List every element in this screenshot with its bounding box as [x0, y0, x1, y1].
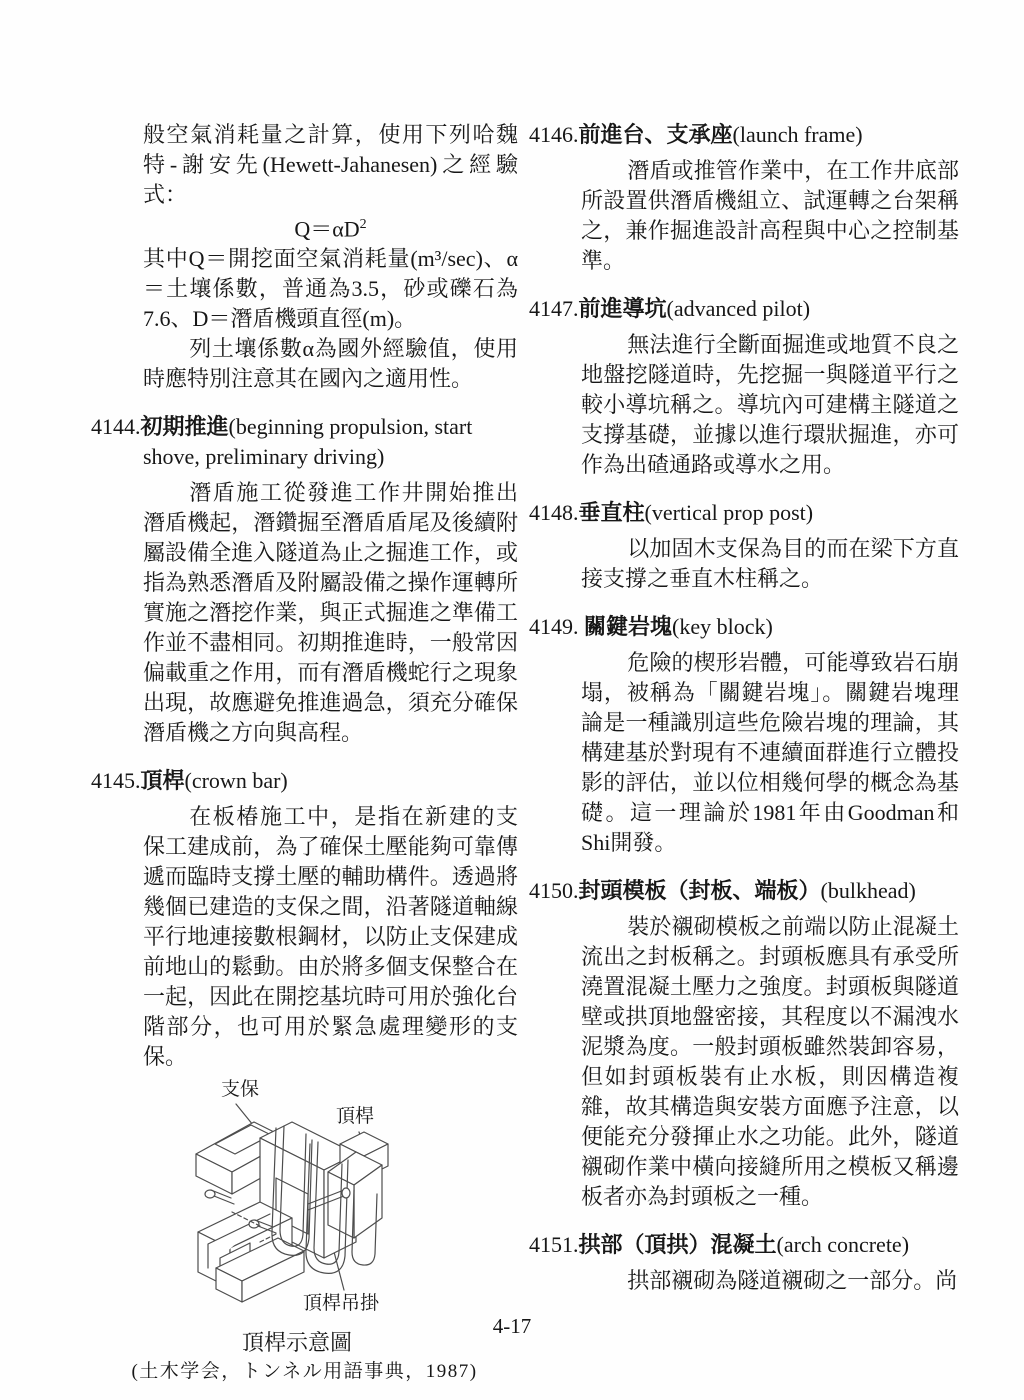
entry-definition: 潛盾施工從發進工作井開始推出潛盾機起，潛鑽掘至潛盾盾尾及後續附屬設備全進入隧道為… — [143, 478, 518, 748]
entry-definition: 危險的楔形岩體，可能導致岩石崩塌，被稱為「關鍵岩塊」。關鍵岩塊理論是一種識別這些… — [581, 648, 959, 858]
entry-term: 前進導坑 — [579, 296, 667, 321]
entry-term: 拱部（頂拱）混凝土 — [579, 1232, 777, 1257]
entry-term-english: (crown bar) — [185, 768, 288, 793]
formula: Q＝αD2 — [143, 210, 518, 244]
glossary-entry-4145: 4145.頂桿(crown bar) 在板椿施工中，是指在新建的支保工建成前，為… — [91, 766, 518, 1072]
continuation-block: 般空氣消耗量之計算，使用下列哈魏特-謝安先(Hewett-Jahanesen)之… — [143, 120, 518, 394]
document-page: 般空氣消耗量之計算，使用下列哈魏特-謝安先(Hewett-Jahanesen)之… — [0, 0, 1024, 1400]
entry-definition: 無法進行全斷面掘進或地質不良之地盤挖隧道時，先挖掘一與隧道平行之較小導坑稱之。導… — [581, 330, 959, 480]
glossary-entry-4146: 4146.前進台、支承座(launch frame) 潛盾或推管作業中，在工作井… — [529, 120, 959, 276]
figure-label-shibao: 支保 — [221, 1080, 259, 1100]
entry-header: 4151.拱部（頂拱）混凝土(arch concrete) — [529, 1230, 959, 1260]
right-column: 4146.前進台、支承座(launch frame) 潛盾或推管作業中，在工作井… — [529, 120, 959, 1296]
left-column: 般空氣消耗量之計算，使用下列哈魏特-謝安先(Hewett-Jahanesen)之… — [91, 120, 518, 1392]
entry-number: 4148. — [529, 500, 579, 525]
entry-number: 4146. — [529, 122, 579, 147]
entry-definition: 在板椿施工中，是指在新建的支保工建成前，為了確保土壓能夠可靠傳遞而臨時支撐土壓的… — [143, 802, 518, 1072]
entry-number: 4150. — [529, 878, 579, 903]
entry-definition: 潛盾或推管作業中，在工作井底部所設置供潛盾機組立、試運轉之台架稱之，兼作掘進設計… — [581, 156, 959, 276]
entry-term-english: (vertical prop post) — [645, 500, 814, 525]
entry-number: 4149. — [529, 614, 584, 639]
entry-term-english: (key block) — [672, 614, 773, 639]
continuation-paragraph-1: 般空氣消耗量之計算，使用下列哈魏特-謝安先(Hewett-Jahanesen)之… — [143, 120, 518, 210]
entry-number: 4147. — [529, 296, 579, 321]
page-number: 4-17 — [0, 1314, 1024, 1339]
entry-term-english: (bulkhead) — [821, 878, 916, 903]
entry-term-english: (advanced pilot) — [667, 296, 811, 321]
entry-definition: 以加固木支保為目的而在梁下方直接支撐之垂直木柱稱之。 — [581, 534, 959, 594]
entry-header: 4148.垂直柱(vertical prop post) — [529, 498, 959, 528]
entry-number: 4145. — [91, 768, 141, 793]
glossary-entry-4150: 4150.封頭模板（封板、端板）(bulkhead) 裝於襯砌模板之前端以防止混… — [529, 876, 959, 1212]
entry-header: 4145.頂桿(crown bar) — [91, 766, 518, 796]
continuation-paragraph-3: 列土壤係數α為國外經驗值，使用時應特別注意其在國內之適用性。 — [143, 334, 518, 394]
glossary-entry-4149: 4149. 關鍵岩塊(key block) 危險的楔形岩體，可能導致岩石崩塌，被… — [529, 612, 959, 858]
formula-exponent: 2 — [360, 217, 367, 232]
entry-term: 垂直柱 — [579, 500, 645, 525]
entry-term: 頂桿 — [141, 768, 185, 793]
channel-beam-shape — [198, 1202, 304, 1302]
entry-definition: 裝於襯砌模板之前端以防止混凝土流出之封板稱之。封頭板應具有承受所澆置混凝土壓力之… — [581, 912, 959, 1212]
entry-term-english: (arch concrete) — [777, 1232, 910, 1257]
glossary-entry-4147: 4147.前進導坑(advanced pilot) 無法進行全斷面掘進或地質不良… — [529, 294, 959, 480]
figure-source: (土木学会，トンネル用語事典，1987) — [91, 1360, 518, 1384]
entry-term: 關鍵岩塊 — [584, 614, 672, 639]
formula-base: Q＝αD — [294, 216, 359, 241]
glossary-entry-4144: 4144.初期推進(beginning propulsion, start sh… — [91, 412, 518, 748]
entry-term: 前進台、支承座 — [579, 122, 733, 147]
entry-header: 4149. 關鍵岩塊(key block) — [529, 612, 959, 642]
entry-header: 4150.封頭模板（封板、端板）(bulkhead) — [529, 876, 959, 906]
entry-header: 4144.初期推進(beginning propulsion, start sh… — [91, 412, 518, 472]
entry-term-english: (launch frame) — [733, 122, 863, 147]
entry-definition: 拱部襯砌為隧道襯砌之一部分。尚 — [581, 1266, 959, 1296]
glossary-entry-4148: 4148.垂直柱(vertical prop post) 以加固木支保為目的而在… — [529, 498, 959, 594]
entry-number: 4144. — [91, 414, 141, 439]
crown-bar-figure: 支保 頂桿 頂桿吊掛 頂桿示意圖 (土木学会，トンネル用語事典，1987) — [91, 1080, 518, 1392]
entry-term: 初期推進 — [141, 414, 229, 439]
continuation-paragraph-2: 其中Q＝開挖面空氣消耗量(m³/sec)、α ＝土壤係數，普通為3.5，砂或礫石… — [143, 244, 518, 334]
entry-header: 4146.前進台、支承座(launch frame) — [529, 120, 959, 150]
figure-label-diaogua: 頂桿吊掛 — [303, 1294, 379, 1314]
figure-label-dinggan: 頂桿 — [336, 1107, 374, 1127]
glossary-entry-4151: 4151.拱部（頂拱）混凝土(arch concrete) 拱部襯砌為隧道襯砌之… — [529, 1230, 959, 1296]
entry-number: 4151. — [529, 1232, 579, 1257]
entry-header: 4147.前進導坑(advanced pilot) — [529, 294, 959, 324]
entry-term: 封頭模板（封板、端板） — [579, 878, 821, 903]
